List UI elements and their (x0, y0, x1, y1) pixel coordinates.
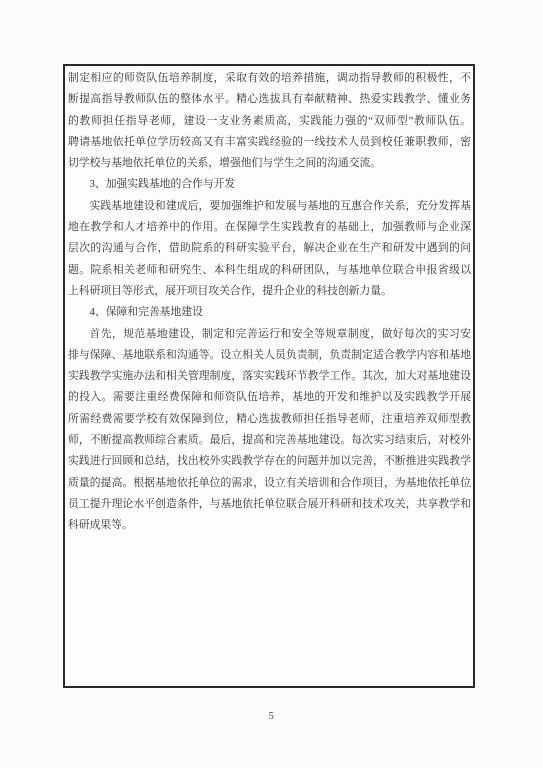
content-frame: 制定相应的师资队伍培养制度，采取有效的培养措施，调动指导教师的积极性，不 断提高… (63, 64, 475, 688)
text-line: 题。院系相关老师和研究生、本科生组成的科研团队，与基地单位联合申报省级以 (68, 260, 471, 281)
text-line: 实践基地建设和建成后，要加强维护和发展与基地的互惠合作关系，充分发挥基 (68, 196, 471, 217)
text-line: 的教师担任指导老师，建设一支业务素质高，实践能力强的“双师型”教师队伍。 (68, 111, 471, 132)
text-line: 层次的沟通与合作，借助院系的科研实验平台，解决企业在生产和研发中遇到的问 (68, 238, 471, 259)
text-line: 实践进行回顾和总结，找出校外实践教学存在的问题并加以完善，不断推进实践教学 (68, 451, 471, 472)
text-line: 的投入。需要注重经费保障和师资队伍培养，基地的开发和维护以及实践教学开展 (68, 387, 471, 408)
text-line: 师，不断提高教师综合素质。最后，提高和完善基地建设。每次实习结束后，对校外 (68, 430, 471, 451)
text-line: 断提高指导教师队伍的整体水平。精心选拔具有奉献精神、热爱实践教学、懂业务 (68, 89, 471, 110)
page-number: 5 (0, 711, 543, 722)
text-block: 制定相应的师资队伍培养制度，采取有效的培养措施，调动指导教师的积极性，不 断提高… (68, 68, 471, 537)
text-line: 聘请基地依托单位学历较高又有丰富实践经验的一线技术人员到校任兼职教师，密 (68, 132, 471, 153)
text-line: 首先，规范基地建设，制定和完善运行和安全等规章制度，做好每次的实习安 (68, 324, 471, 345)
text-line: 所需经费需要学校有效保障到位，精心选拔教师担任指导老师，注重培养双师型教 (68, 409, 471, 430)
text-line: 切学校与基地依托单位的关系，增强他们与学生之间的沟通交流。 (68, 153, 471, 174)
section-heading-3: 3、加强实践基地的合作与开发 (68, 174, 471, 195)
text-line: 质量的提高。根据基地依托单位的需求，设立有关培训和合作项目，为基地依托单位 (68, 473, 471, 494)
section-heading-4: 4、保障和完善基地建设 (68, 302, 471, 323)
text-line: 实践教学实施办法和相关管理制度，落实实践环节教学工作。其次，加大对基地建设 (68, 366, 471, 387)
text-line: 制定相应的师资队伍培养制度，采取有效的培养措施，调动指导教师的积极性，不 (68, 68, 471, 89)
text-line: 地在教学和人才培养中的作用。在保障学生实践教育的基础上，加强教师与企业深 (68, 217, 471, 238)
document-page: 制定相应的师资队伍培养制度，采取有效的培养措施，调动指导教师的积极性，不 断提高… (0, 0, 543, 768)
text-line: 上科研项目等形式，展开项目攻关合作，提升企业的科技创新力量。 (68, 281, 471, 302)
text-line: 科研成果等。 (68, 515, 471, 536)
text-line: 员工提升理论水平创造条件，与基地依托单位联合展开科研和技术攻关，共享教学和 (68, 494, 471, 515)
text-line: 排与保障、基地联系和沟通等。设立相关人员负责制，负责制定适合教学内容和基地 (68, 345, 471, 366)
